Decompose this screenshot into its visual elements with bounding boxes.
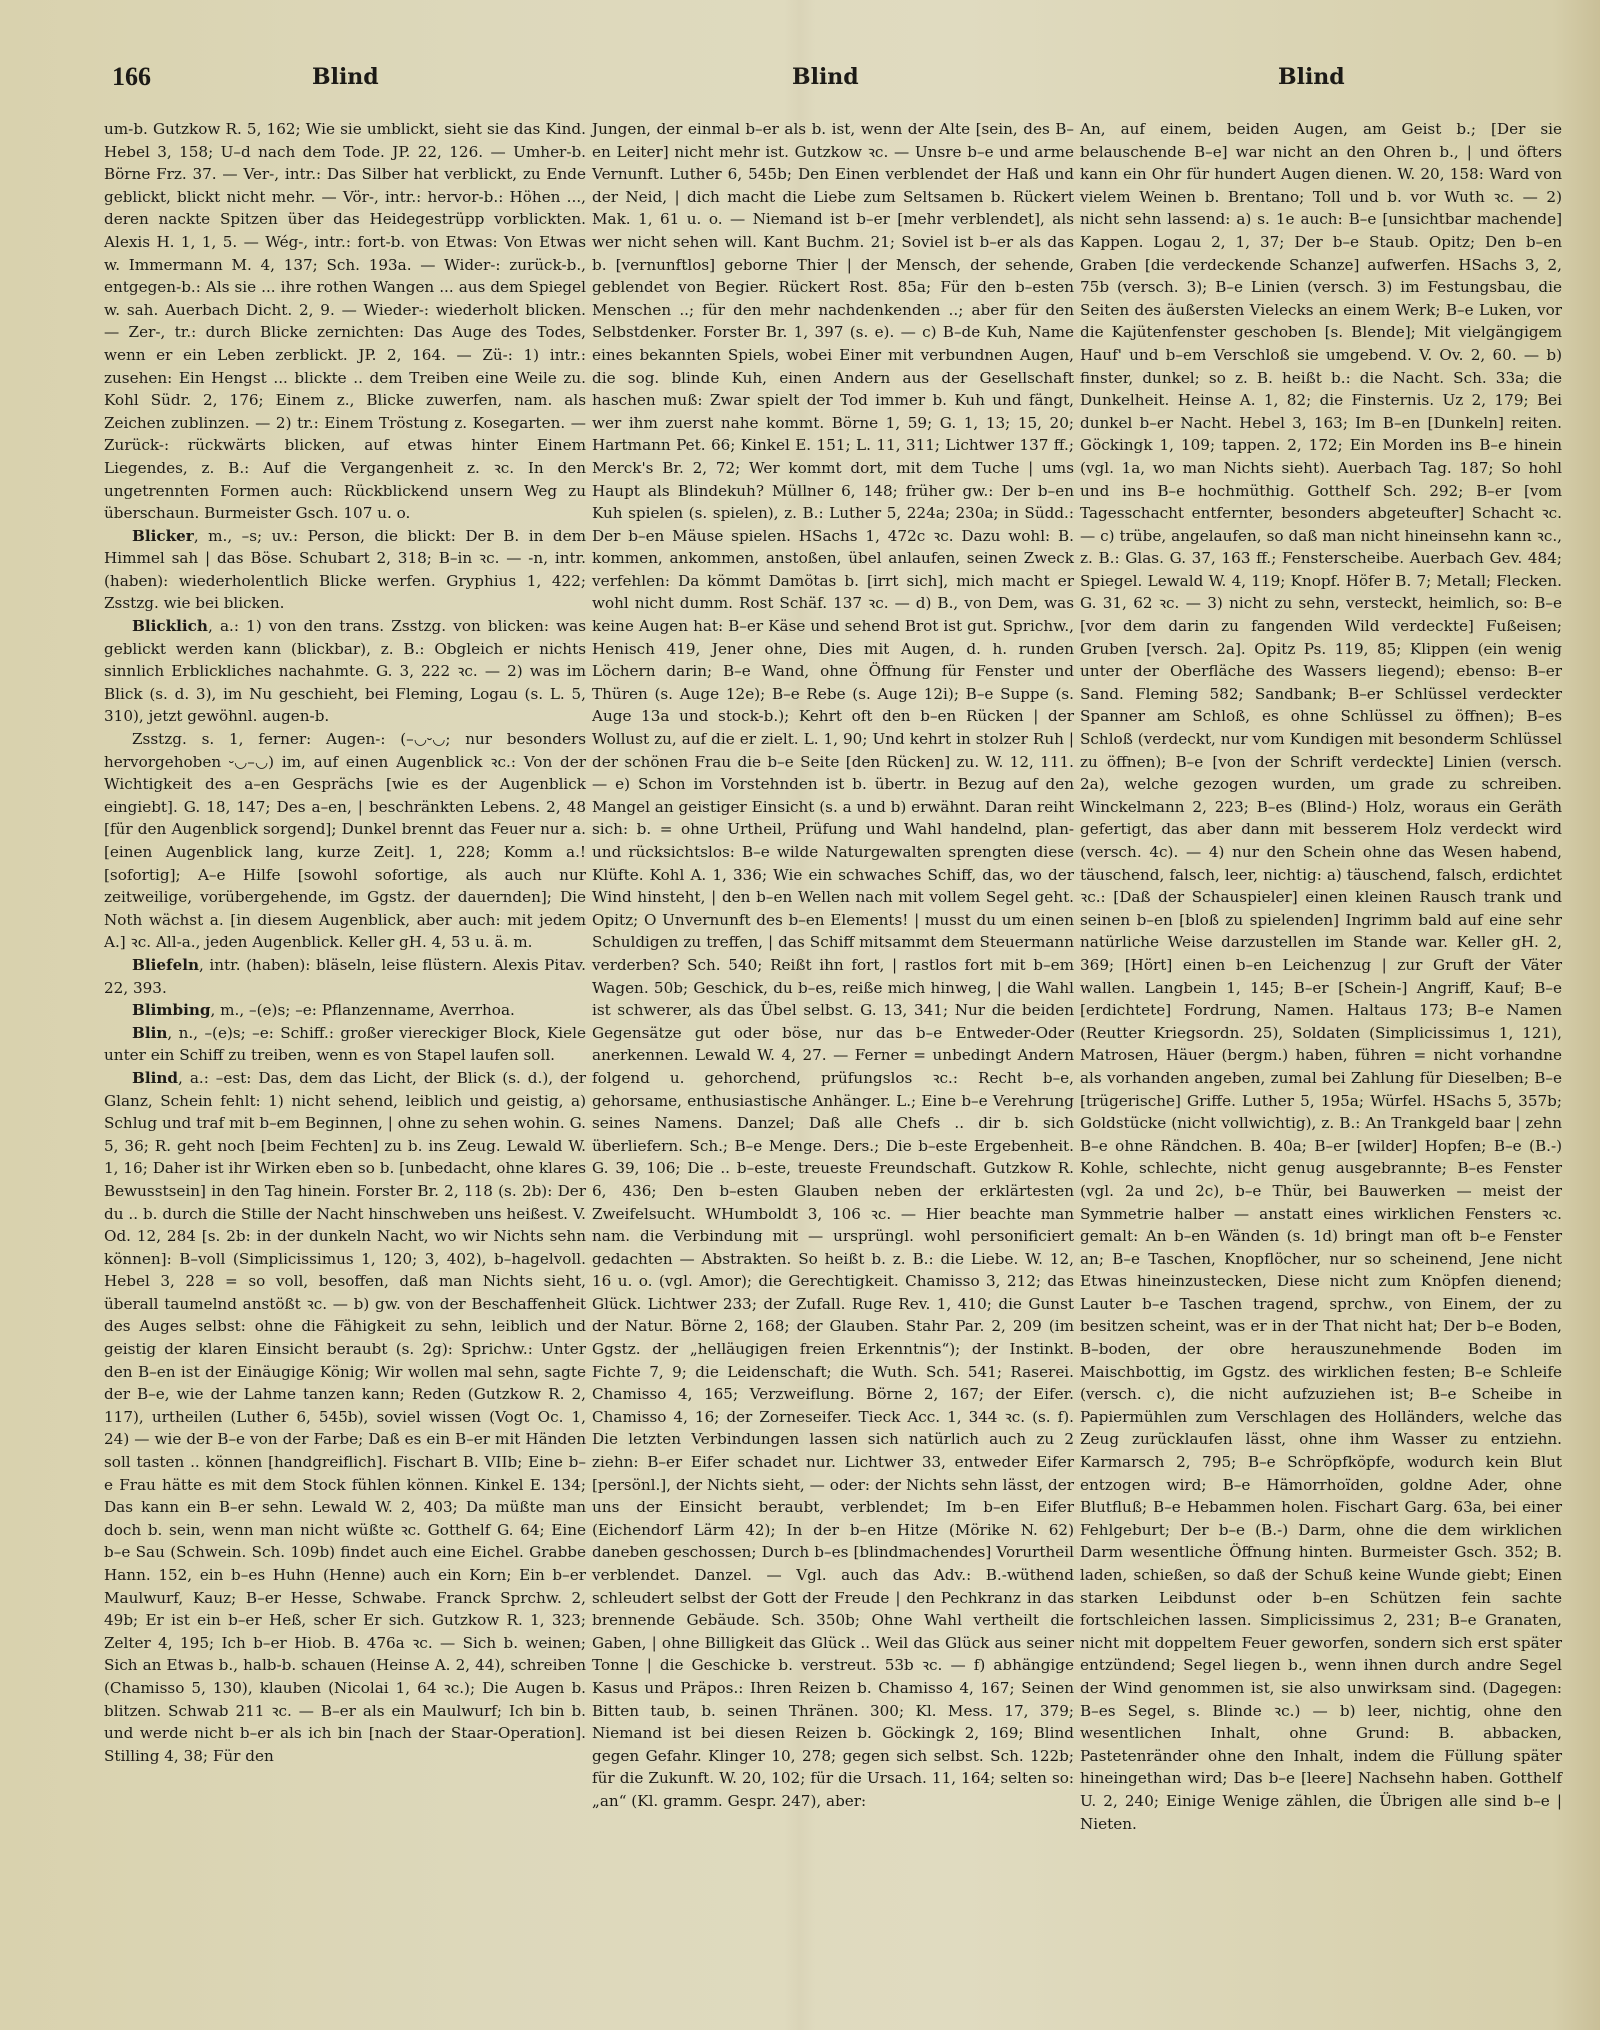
entry-lemma: Blicker: [132, 527, 194, 545]
column-middle: Jungen, der einmal b–er als b. ist, wenn…: [592, 118, 1074, 1813]
continued-text: Jungen, der einmal b–er als b. ist, wenn…: [592, 118, 1074, 1813]
entry-lemma: Bliefeln: [132, 956, 199, 974]
continued-text: An, auf einem, beiden Augen, am Geist b.…: [1080, 118, 1562, 1835]
entry-lemma: Blind: [132, 1069, 178, 1087]
dictionary-page: 166 Blind Blind Blind um-b. Gutzkow R. 5…: [0, 0, 1600, 2030]
entry-body: Zsstzg. s. 1, ferner: Augen-: (–◡⏑◡; nur…: [104, 730, 586, 951]
page-header: 166 Blind Blind Blind: [0, 60, 1600, 100]
entry-body: , a.: –est: Das, dem das Licht, der Blic…: [104, 1069, 586, 1765]
entry-blin: Blin, n., –(e)s; –e: Schiff.: großer vie…: [104, 1022, 586, 1067]
entry-blind: Blind, a.: –est: Das, dem das Licht, der…: [104, 1067, 586, 1767]
entry-lemma: Blimbing: [132, 1001, 211, 1019]
entry-body: , n., –(e)s; –e: Schiff.: großer viereck…: [104, 1024, 586, 1065]
running-head-right: Blind: [1278, 64, 1345, 90]
page-number: 166: [112, 62, 151, 92]
running-head-left: Blind: [312, 64, 379, 90]
entry-lemma: Blin: [132, 1024, 167, 1042]
entry-zsstzg: Zsstzg. s. 1, ferner: Augen-: (–◡⏑◡; nur…: [104, 728, 586, 954]
entry-blicker: Blicker, m., –s; uv.: Person, die blickt…: [104, 525, 586, 615]
running-head-center: Blind: [792, 64, 859, 90]
column-left: um-b. Gutzkow R. 5, 162; Wie sie umblick…: [104, 118, 586, 1767]
entry-body: , m., –(e)s; –e: Pflanzenname, Averrhoa.: [211, 1001, 515, 1019]
entry-blimbing: Blimbing, m., –(e)s; –e: Pflanzenname, A…: [104, 999, 586, 1022]
column-right: An, auf einem, beiden Augen, am Geist b.…: [1080, 118, 1562, 1835]
entry-lemma: Blicklich: [132, 617, 208, 635]
entry-bliefeln: Bliefeln, intr. (haben): bläseln, leise …: [104, 954, 586, 999]
continued-text: um-b. Gutzkow R. 5, 162; Wie sie umblick…: [104, 118, 586, 525]
entry-blicklich: Blicklich, a.: 1) von den trans. Zsstzg.…: [104, 615, 586, 728]
